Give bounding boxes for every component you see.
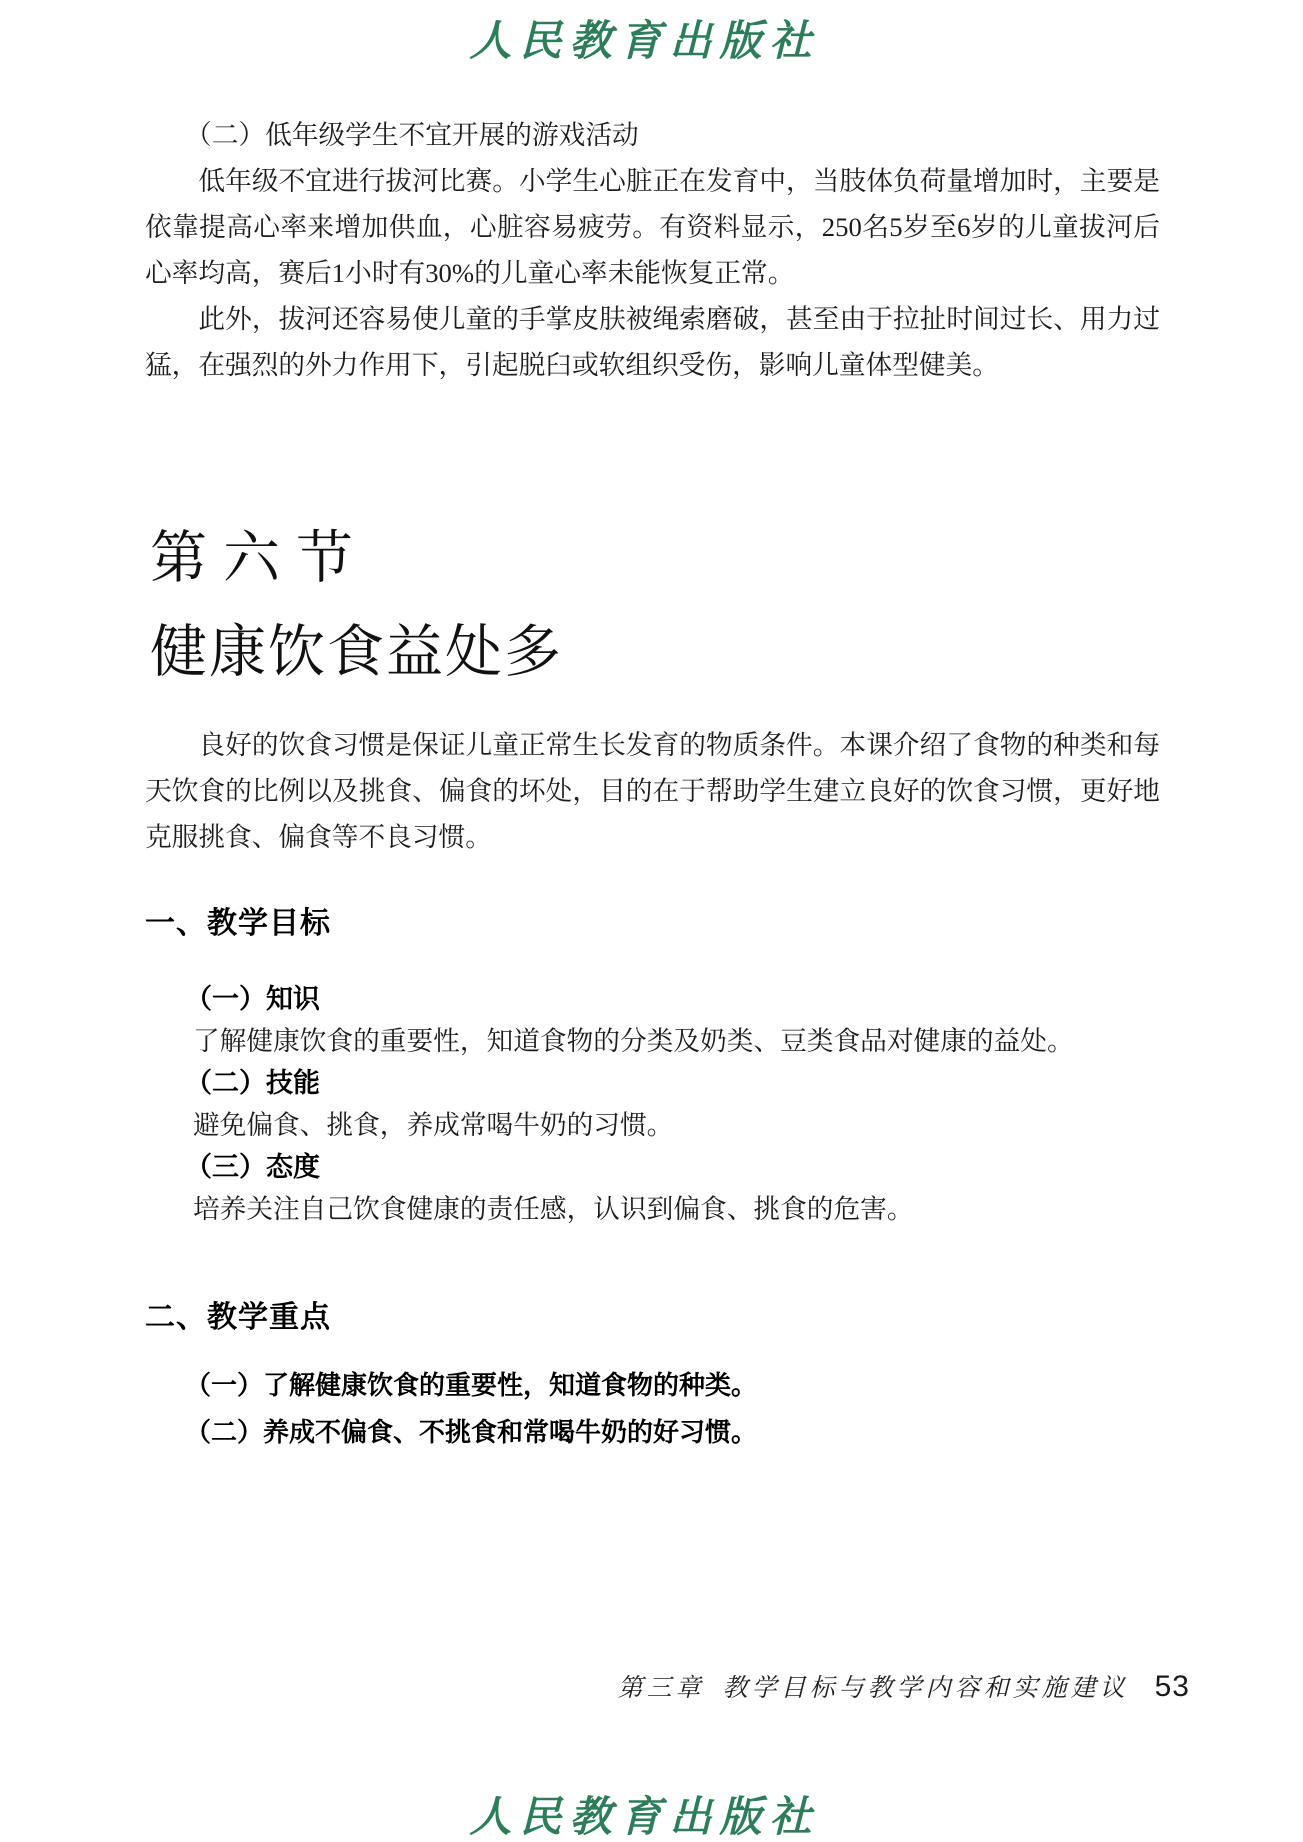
objectives-heading: 一、教学目标 (145, 898, 331, 942)
paragraph-tug-of-war: 低年级不宜进行拔河比赛。小学生心脏正在发育中，当肢体负荷量增加时，主要是依靠提高… (145, 158, 1160, 296)
keypoint-item-2: （二）养成不偏食、不挑食和常喝牛奶的好习惯。 (185, 1409, 1160, 1456)
objective-attitude-label: （三）态度 (185, 1146, 1160, 1188)
objective-skill-text: 避免偏食、挑食，养成常喝牛奶的习惯。 (185, 1104, 1160, 1146)
keypoint-item-1: （一）了解健康饮食的重要性，知道食物的种类。 (185, 1362, 1160, 1409)
section-number: 第六节 (150, 512, 369, 594)
section-title: 健康饮食益处多 (150, 606, 563, 688)
objectives-list: （一）知识 了解健康饮食的重要性，知道食物的分类及奶类、豆类食品对健康的益处。 … (185, 978, 1160, 1230)
objective-skill-label: （二）技能 (185, 1062, 1160, 1104)
footer-chapter-label: 第三章 (618, 1673, 705, 1702)
intro-paragraph: 良好的饮食习惯是保证儿童正常生长发育的物质条件。本课介绍了食物的种类和每天饮食的… (145, 722, 1160, 860)
publisher-logo-bottom: 人民教育出版社 (469, 1784, 819, 1842)
section-intro: 良好的饮食习惯是保证儿童正常生长发育的物质条件。本课介绍了食物的种类和每天饮食的… (145, 722, 1160, 860)
objective-attitude-text: 培养关注自己饮食健康的责任感，认识到偏食、挑食的危害。 (185, 1188, 1160, 1230)
paragraph-injury: 此外，拔河还容易使儿童的手掌皮肤被绳索磨破，甚至由于拉扯时间过长、用力过猛，在强… (145, 296, 1160, 388)
keypoints-list: （一）了解健康饮食的重要性，知道食物的种类。 （二）养成不偏食、不挑食和常喝牛奶… (185, 1362, 1160, 1456)
objective-knowledge-label: （一）知识 (185, 978, 1160, 1020)
publisher-logo-top: 人民教育出版社 (469, 8, 819, 68)
previous-section-block: （二）低年级学生不宜开展的游戏活动 低年级不宜进行拔河比赛。小学生心脏正在发育中… (145, 112, 1160, 388)
page-number: 53 (1155, 1670, 1190, 1704)
keypoints-heading: 二、教学重点 (145, 1292, 331, 1336)
footer-chapter-title: 教学目标与教学内容和实施建议 (723, 1673, 1129, 1702)
objective-knowledge-text: 了解健康饮食的重要性，知道食物的分类及奶类、豆类食品对健康的益处。 (185, 1020, 1160, 1062)
page-footer: 第三章教学目标与教学内容和实施建议53 (145, 1668, 1190, 1704)
activity-subheading: （二）低年级学生不宜开展的游戏活动 (145, 112, 1160, 158)
textbook-page: 人民教育出版社 （二）低年级学生不宜开展的游戏活动 低年级不宜进行拔河比赛。小学… (0, 0, 1303, 1842)
